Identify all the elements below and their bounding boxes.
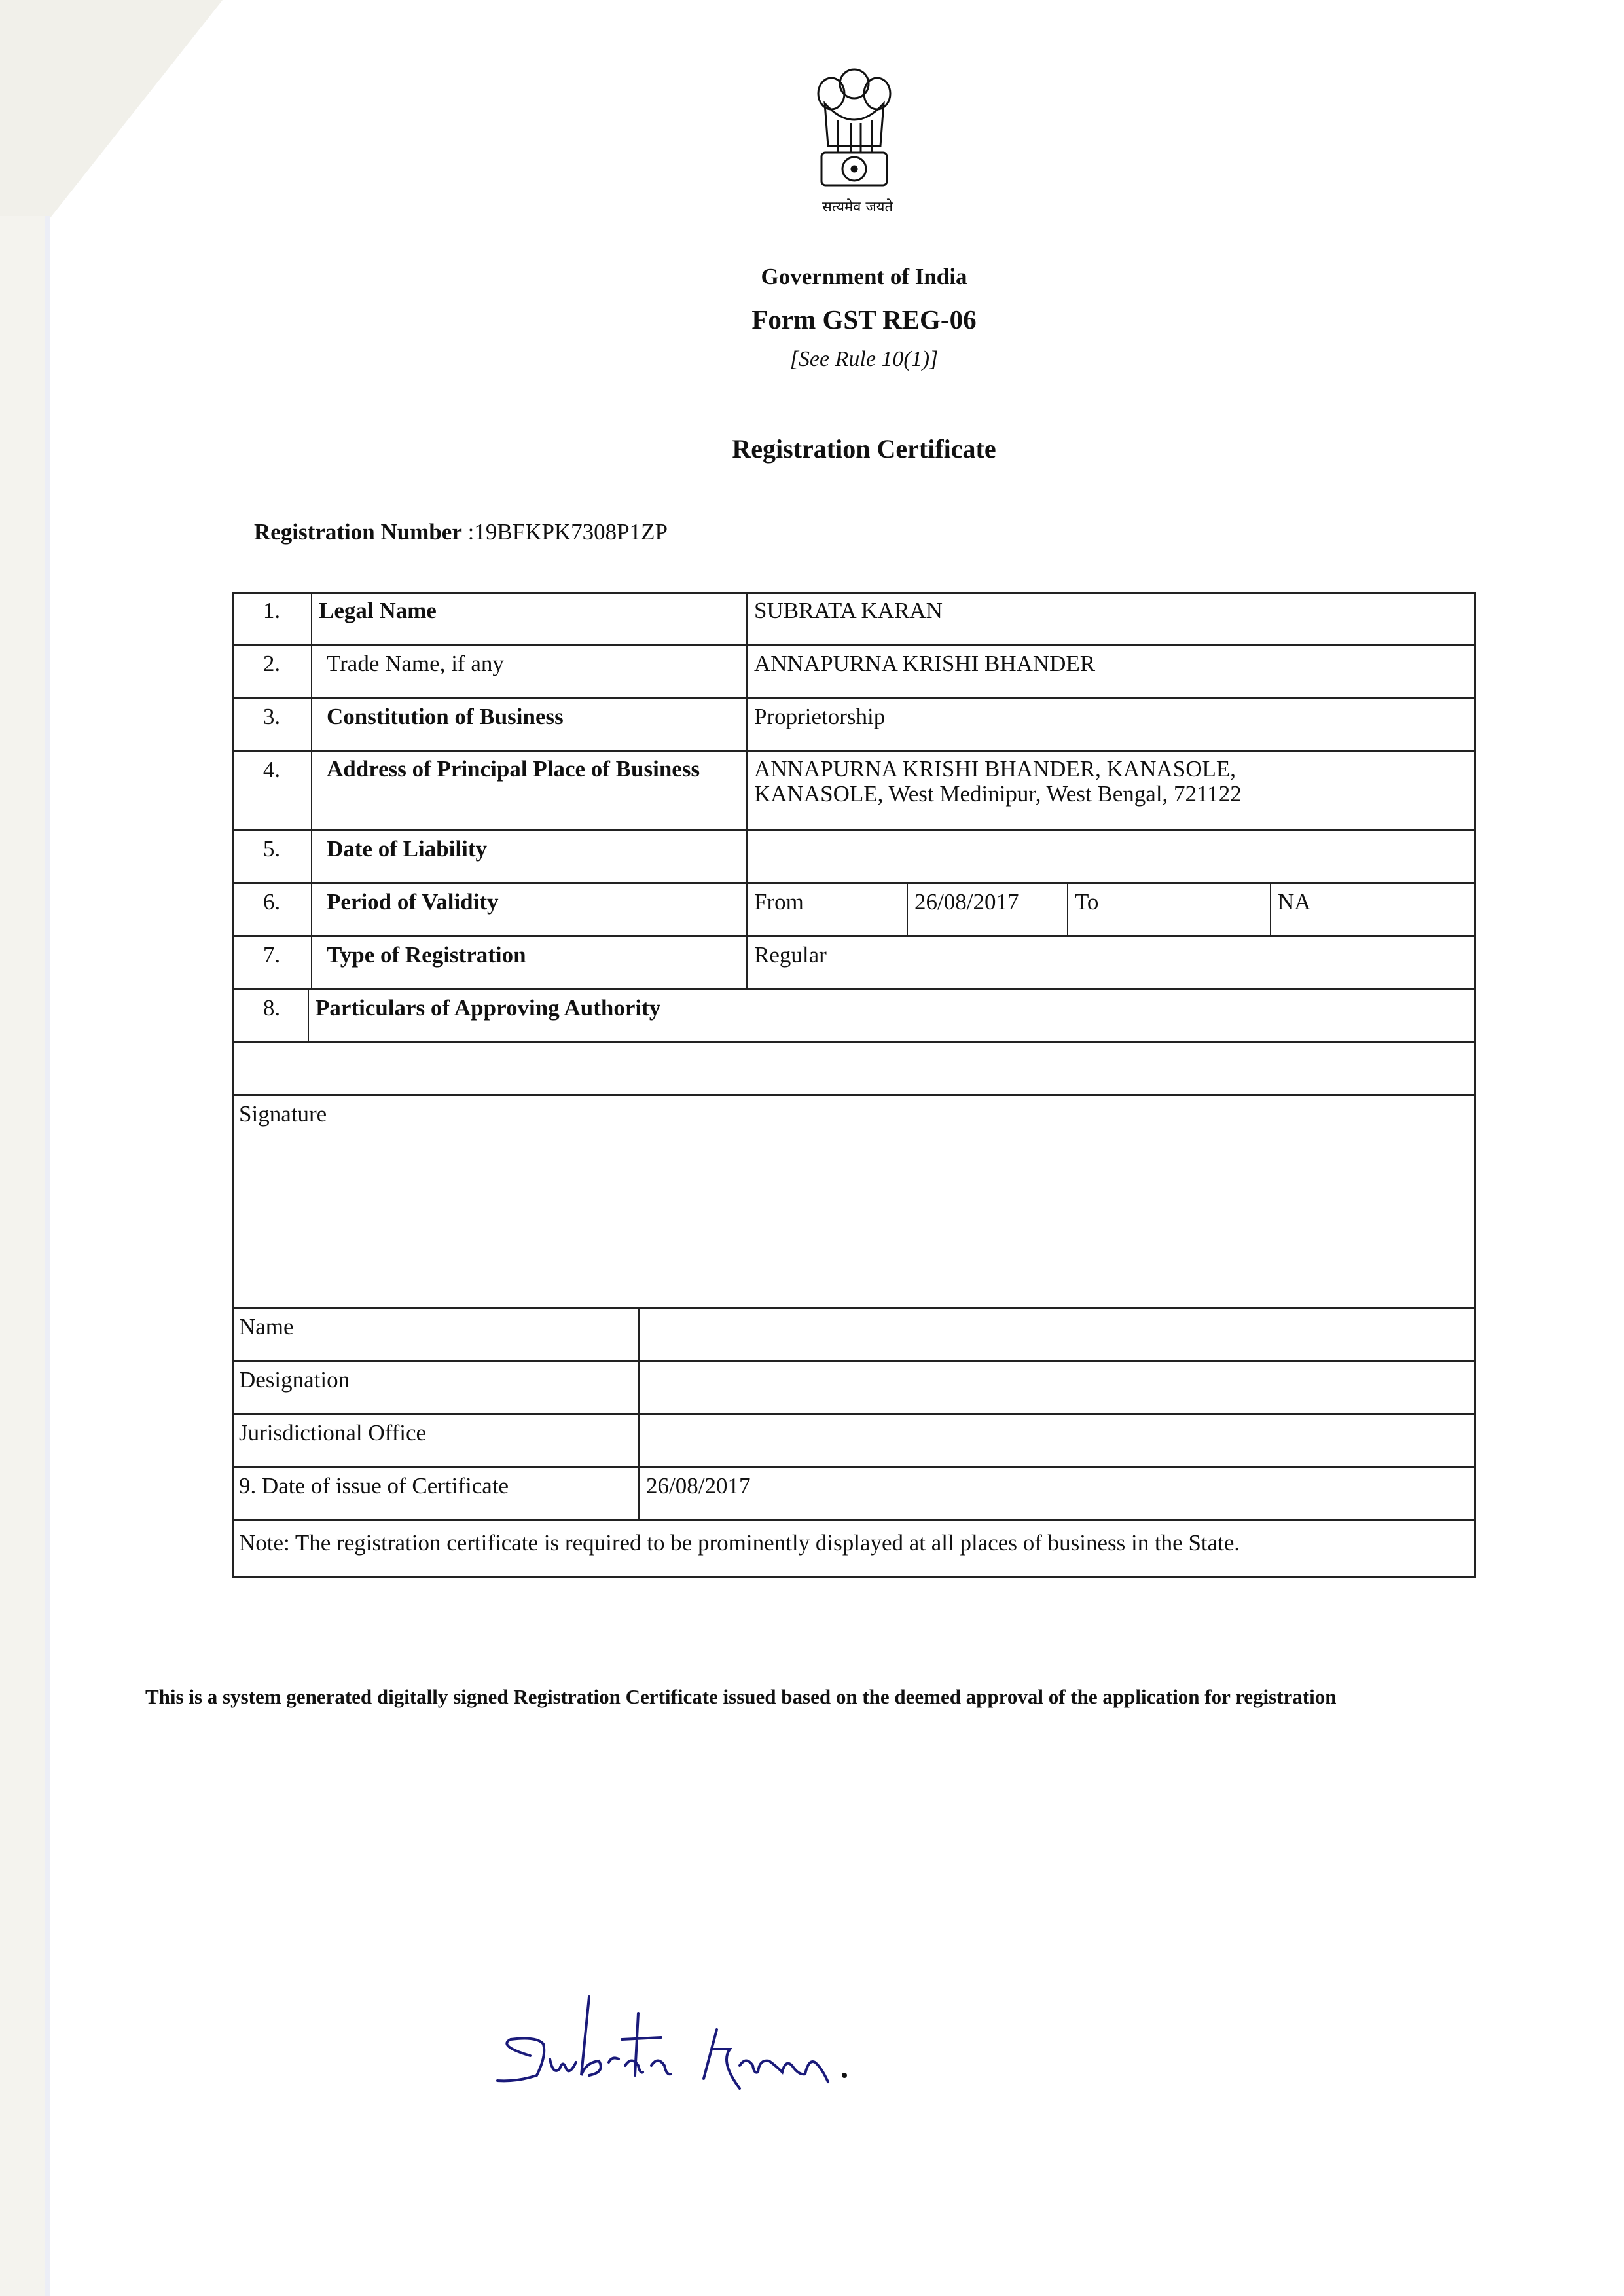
- government-heading: Government of India: [0, 264, 1624, 290]
- registration-number: Registration Number :19BFKPK7308P1ZP: [254, 519, 668, 545]
- designation-value: [638, 1362, 1473, 1413]
- address-value: ANNAPURNA KRISHI BHANDER, KANASOLE, KANA…: [746, 752, 1473, 829]
- legal-name-value: SUBRATA KARAN: [746, 592, 1473, 644]
- date-of-issue-value: 26/08/2017: [638, 1468, 1473, 1519]
- period-of-validity-label: Period of Validity: [311, 884, 746, 935]
- table-row-trade-name: 2. Trade Name, if any ANNAPURNA KRISHI B…: [232, 646, 1476, 699]
- approving-authority-label: Particulars of Approving Authority: [308, 990, 1473, 1041]
- table-row-date-of-liability: 5. Date of Liability: [232, 831, 1476, 884]
- address-label: Address of Principal Place of Business: [311, 752, 746, 829]
- form-title: Form GST REG-06: [0, 304, 1624, 335]
- validity-from-value: 26/08/2017: [907, 884, 1067, 935]
- constitution-label: Constitution of Business: [311, 699, 746, 750]
- table-row-type-of-registration: 7. Type of Registration Regular: [232, 937, 1476, 990]
- table-row-designation: Designation: [232, 1362, 1476, 1415]
- signature-label: Signature: [232, 1096, 625, 1307]
- validity-from-label: From: [746, 884, 907, 935]
- authority-name-value: [638, 1309, 1473, 1360]
- table-row-authority-name: Name: [232, 1309, 1476, 1362]
- registration-number-label: Registration Number: [254, 519, 462, 545]
- date-of-liability-value: [746, 831, 1473, 882]
- system-generated-notice: This is a system generated digitally sig…: [145, 1679, 1454, 1715]
- table-row-constitution: 3. Constitution of Business Proprietorsh…: [232, 699, 1476, 752]
- validity-to-value: NA: [1270, 884, 1473, 935]
- scanner-edge: [0, 216, 50, 2296]
- state-emblem-icon: [812, 58, 897, 195]
- trade-name-label: Trade Name, if any: [311, 646, 746, 697]
- table-row-blank: [232, 1043, 1476, 1096]
- table-row-jurisdictional-office: Jurisdictional Office: [232, 1415, 1476, 1468]
- table-row-legal-name: 1. Legal Name SUBRATA KARAN: [232, 592, 1476, 646]
- table-row-address: 4. Address of Principal Place of Busines…: [232, 752, 1476, 831]
- table-row-note: Note: The registration certificate is re…: [232, 1521, 1476, 1578]
- registration-number-value: 19BFKPK7308P1ZP: [474, 519, 668, 545]
- date-of-liability-label: Date of Liability: [311, 831, 746, 882]
- type-of-registration-value: Regular: [746, 937, 1473, 988]
- rule-reference: [See Rule 10(1)]: [0, 347, 1624, 372]
- trade-name-value: ANNAPURNA KRISHI BHANDER: [746, 646, 1473, 697]
- page-corner-fold: [0, 0, 223, 223]
- table-row-period-of-validity: 6. Period of Validity From 26/08/2017 To…: [232, 884, 1476, 937]
- emblem-motto: सत्यमेव जयते: [805, 196, 910, 216]
- type-of-registration-label: Type of Registration: [311, 937, 746, 988]
- table-row-date-of-issue: 9. Date of issue of Certificate 26/08/20…: [232, 1468, 1476, 1521]
- table-row-approving-authority: 8. Particulars of Approving Authority: [232, 990, 1476, 1043]
- note-text: Note: The registration certificate is re…: [232, 1521, 1473, 1576]
- jurisdictional-office-value: [638, 1415, 1473, 1466]
- constitution-value: Proprietorship: [746, 699, 1473, 750]
- table-row-signature: Signature: [232, 1096, 1476, 1309]
- legal-name-label: Legal Name: [311, 592, 746, 644]
- certificate-title: Registration Certificate: [0, 433, 1624, 464]
- handwritten-signature: [471, 1984, 956, 2102]
- certificate-table: 1. Legal Name SUBRATA KARAN 2. Trade Nam…: [232, 592, 1476, 1705]
- validity-to-label: To: [1067, 884, 1270, 935]
